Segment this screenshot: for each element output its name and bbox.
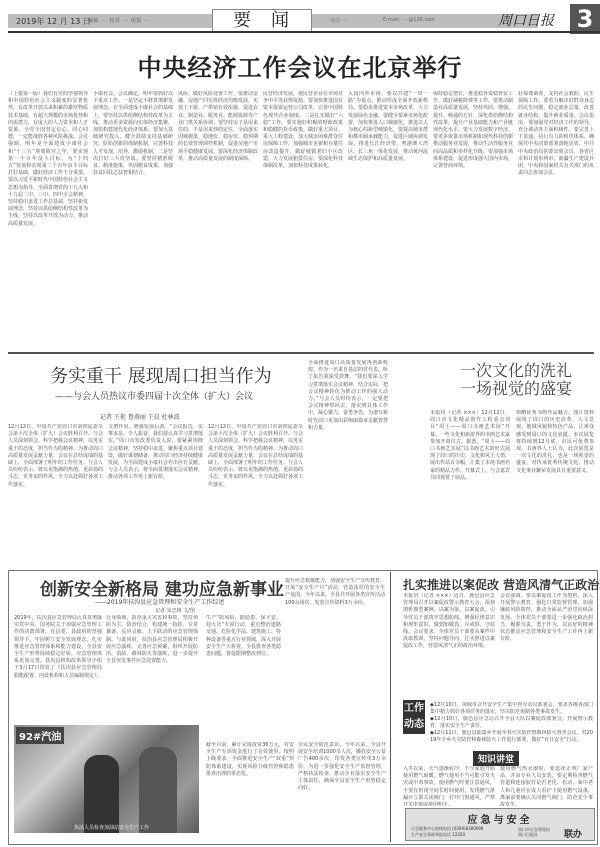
complaint-text: 生产安全事故举报电话 12350 [411,832,483,838]
work-news-item-3: ◆12月11日，鹿邑县邱集乡开展冬春火灾防控暨森林防火督查会议，对2019年全乡… [430,730,593,748]
person-worker [139,747,177,833]
footer-orgs: 周口市应急管理局 周口日报社 [518,827,550,837]
culture-column-2: 领略优秀书画作品魅力。图片资料展现了周口的历史沿革、人文景观、地域风貌和特色产品… [516,410,594,565]
lead-column-6: 保持稳定增长，推进稳外资稳外贸工作，做好减税降费等工作。要推动制造业高质量发展，… [433,91,513,331]
photo-caption: 执法人员检查加油站安全生产工作 [74,824,149,831]
culture-headline-2: 一场视觉的盛宴 [460,376,572,399]
safety-subheadline: ——2019年扶沟县应急管理和安全生产工作综述 [95,597,224,606]
feature-column-3: 全面推进周口高质量发展再创新辉煌。作为一名来自基层的党代表，听了报告我深受鼓舞。… [308,360,388,565]
lead-column-1: （上接第一版）我们有党的坚强领导和中国特色社会主义制度的显著优势，有改革开放以来… [8,91,88,331]
culture-column-1: 本报讯（记者 ×××）12月12日，周口市文化精品创作工程重点项目“周土——周口… [430,410,510,565]
newspaper-logo: 周口日报 [498,10,554,30]
discipline-headline: 扎实推进以案促改 营造风清气正政治环境 [403,576,600,593]
work-badge-line1: 工作 [403,701,425,717]
contact-email: E-mail: ····@126.com [383,17,435,23]
page-number: 3 [570,4,600,34]
editorial-staff: 编辑 ··· 校对 ··· 组版 ··· [88,17,150,24]
lead-column-2: 小康社会。会议确定，明年要抓好以下重点工作。一是坚定不移贯彻新发展理念。在全面建… [93,91,173,331]
emergency-safety-footer: 应急与安全 应急服务中心热线电话 (0394)8380098 生产安全事故举报电… [405,808,595,841]
section-title: 要闻 [212,9,312,31]
lead-headline: 中央经济工作会议在北京举行 [0,48,600,83]
feature-column-4: 12月12日，中国共产党周口市第四届委员会第十次全体（扩大）会议胜利召开。与会人… [208,424,303,564]
footer-title: 应急与安全 [406,811,594,826]
fuel-sign: 92#汽油 [16,727,64,744]
section-divider [8,352,594,354]
feature-column-2: 文增作用，增强发展后劲。“会议报告，实事求是、令人振奋，我们要认真学习贯彻落实。… [108,424,203,564]
work-badge-line2: 动态 [403,717,425,733]
knowledge-column-2: 使用燃气热水器时，要选择正规厂家产品，并由专业人员安装。要定期检查燃气管道和连接… [500,766,593,806]
safety-byline: 记者 朱忠树 文/图 [155,607,195,614]
feature-column-1: 12月12日，中国共产党周口市第四届委员会第十次全体（扩大）会议胜利召开。与会人… [8,424,103,564]
person-inspector [84,755,119,833]
joint-label: 联办 [564,827,582,840]
work-news-item-1: ◆12月10日，项城市召开安全生产集中督导动员部署会，要求各级各部门集中精力抓好… [430,702,593,714]
feature-subheadline: ——与会人员热议市委四届十次全体（扩大）会议 [55,389,253,402]
safety-column-4: 提升应急救援能力，加强安全生产宣传教育，开展“安全生产月”活动，营造浓厚的安全生… [285,578,385,738]
lead-column-7: 社保费调查，支持社会救助，民生保障工作。要着力解决好群众身边的民生问题，稳定就业… [518,91,594,331]
safety-column-1: 2019年，扶沟县应急管理局认真贯彻落实党中央、国务院关于加强应急管理工作的决策… [14,615,102,723]
column-divider [390,572,391,842]
work-news-item-2: ◆12月10日，鹿邑县应急局召开全县大队以案促改部署会，开展警示教育，落实安全生… [430,716,593,728]
discipline-column-1: 本报讯（记者 ×××）近日，鹿邑县应急管理局召开以案促改警示教育大会，深刻剖析典… [403,593,495,698]
org-line-2: 周口日报社 [518,832,550,837]
issue-date: 2019年 12 月 13 日 [16,16,91,27]
masthead: 2019年 12 月 13 日 编辑 ··· 校对 ··· 组版 ··· 要闻 … [0,0,600,40]
masthead-rule [8,31,600,33]
safety-column-3: 生产“防风险、除隐患、保平安、迎大庆”专项行动，重点整治道路交通、危险化学品、建… [206,615,281,740]
knowledge-column-1: 入冬以来，天气逐渐转冷，不少家庭开始使用燃气取暖。燃气使用不当可能引发火灾或中毒… [403,766,495,806]
gas-station-photo: 92#汽油 执法人员检查加油站安全生产工作 [14,725,199,833]
safety-column-5: 截至目前，累计完成投资36万元，对安全生产专项资金进行了有效使用。按照上级要求，… [206,742,294,837]
lead-column-5: 入国内外市场。要以共建“一带一路”为重点，推动形成全面开放新格局。要稳步推进资本… [348,91,428,331]
footer-contacts: 应急服务中心热线电话 (0394)8380098 生产安全事故举报电话 1235… [411,826,483,838]
knowledge-badge: 知识讲堂 [473,751,519,766]
lead-column-4: 民营经济发展，使民营企业在市场竞争中平等获得资源。要加快推进国有资本投资运营公司… [263,91,343,331]
feature-headline: 务实重干 展现周口担当作为 [50,362,272,388]
safety-column-2: 行业领域，防范重大灾害和事故，坚持预防为主、防治结合，构建统一指挥、专常兼备、反… [106,615,198,723]
work-news-badge: 工作 动态 [403,700,425,734]
lead-column-3: 风险，做好风险处置工作。要推动金融、房地产同实体经济均衡发展，实现上下游、产供销… [178,91,258,331]
contact-tel: 电话 ···· [330,17,348,24]
feature-byline: 记者 王艳 鲁燕丽 王晨 杜林波 [100,412,180,421]
discipline-column-2: 会议强调，要以案促改工作为契机，深入开展警示教育，强化日常监督管理，加强廉政风险… [500,593,593,698]
safety-column-6: 全民安全防范意识，今年以来，全县开展安全培训1000余人次，播放安全公益广告40… [298,742,386,837]
